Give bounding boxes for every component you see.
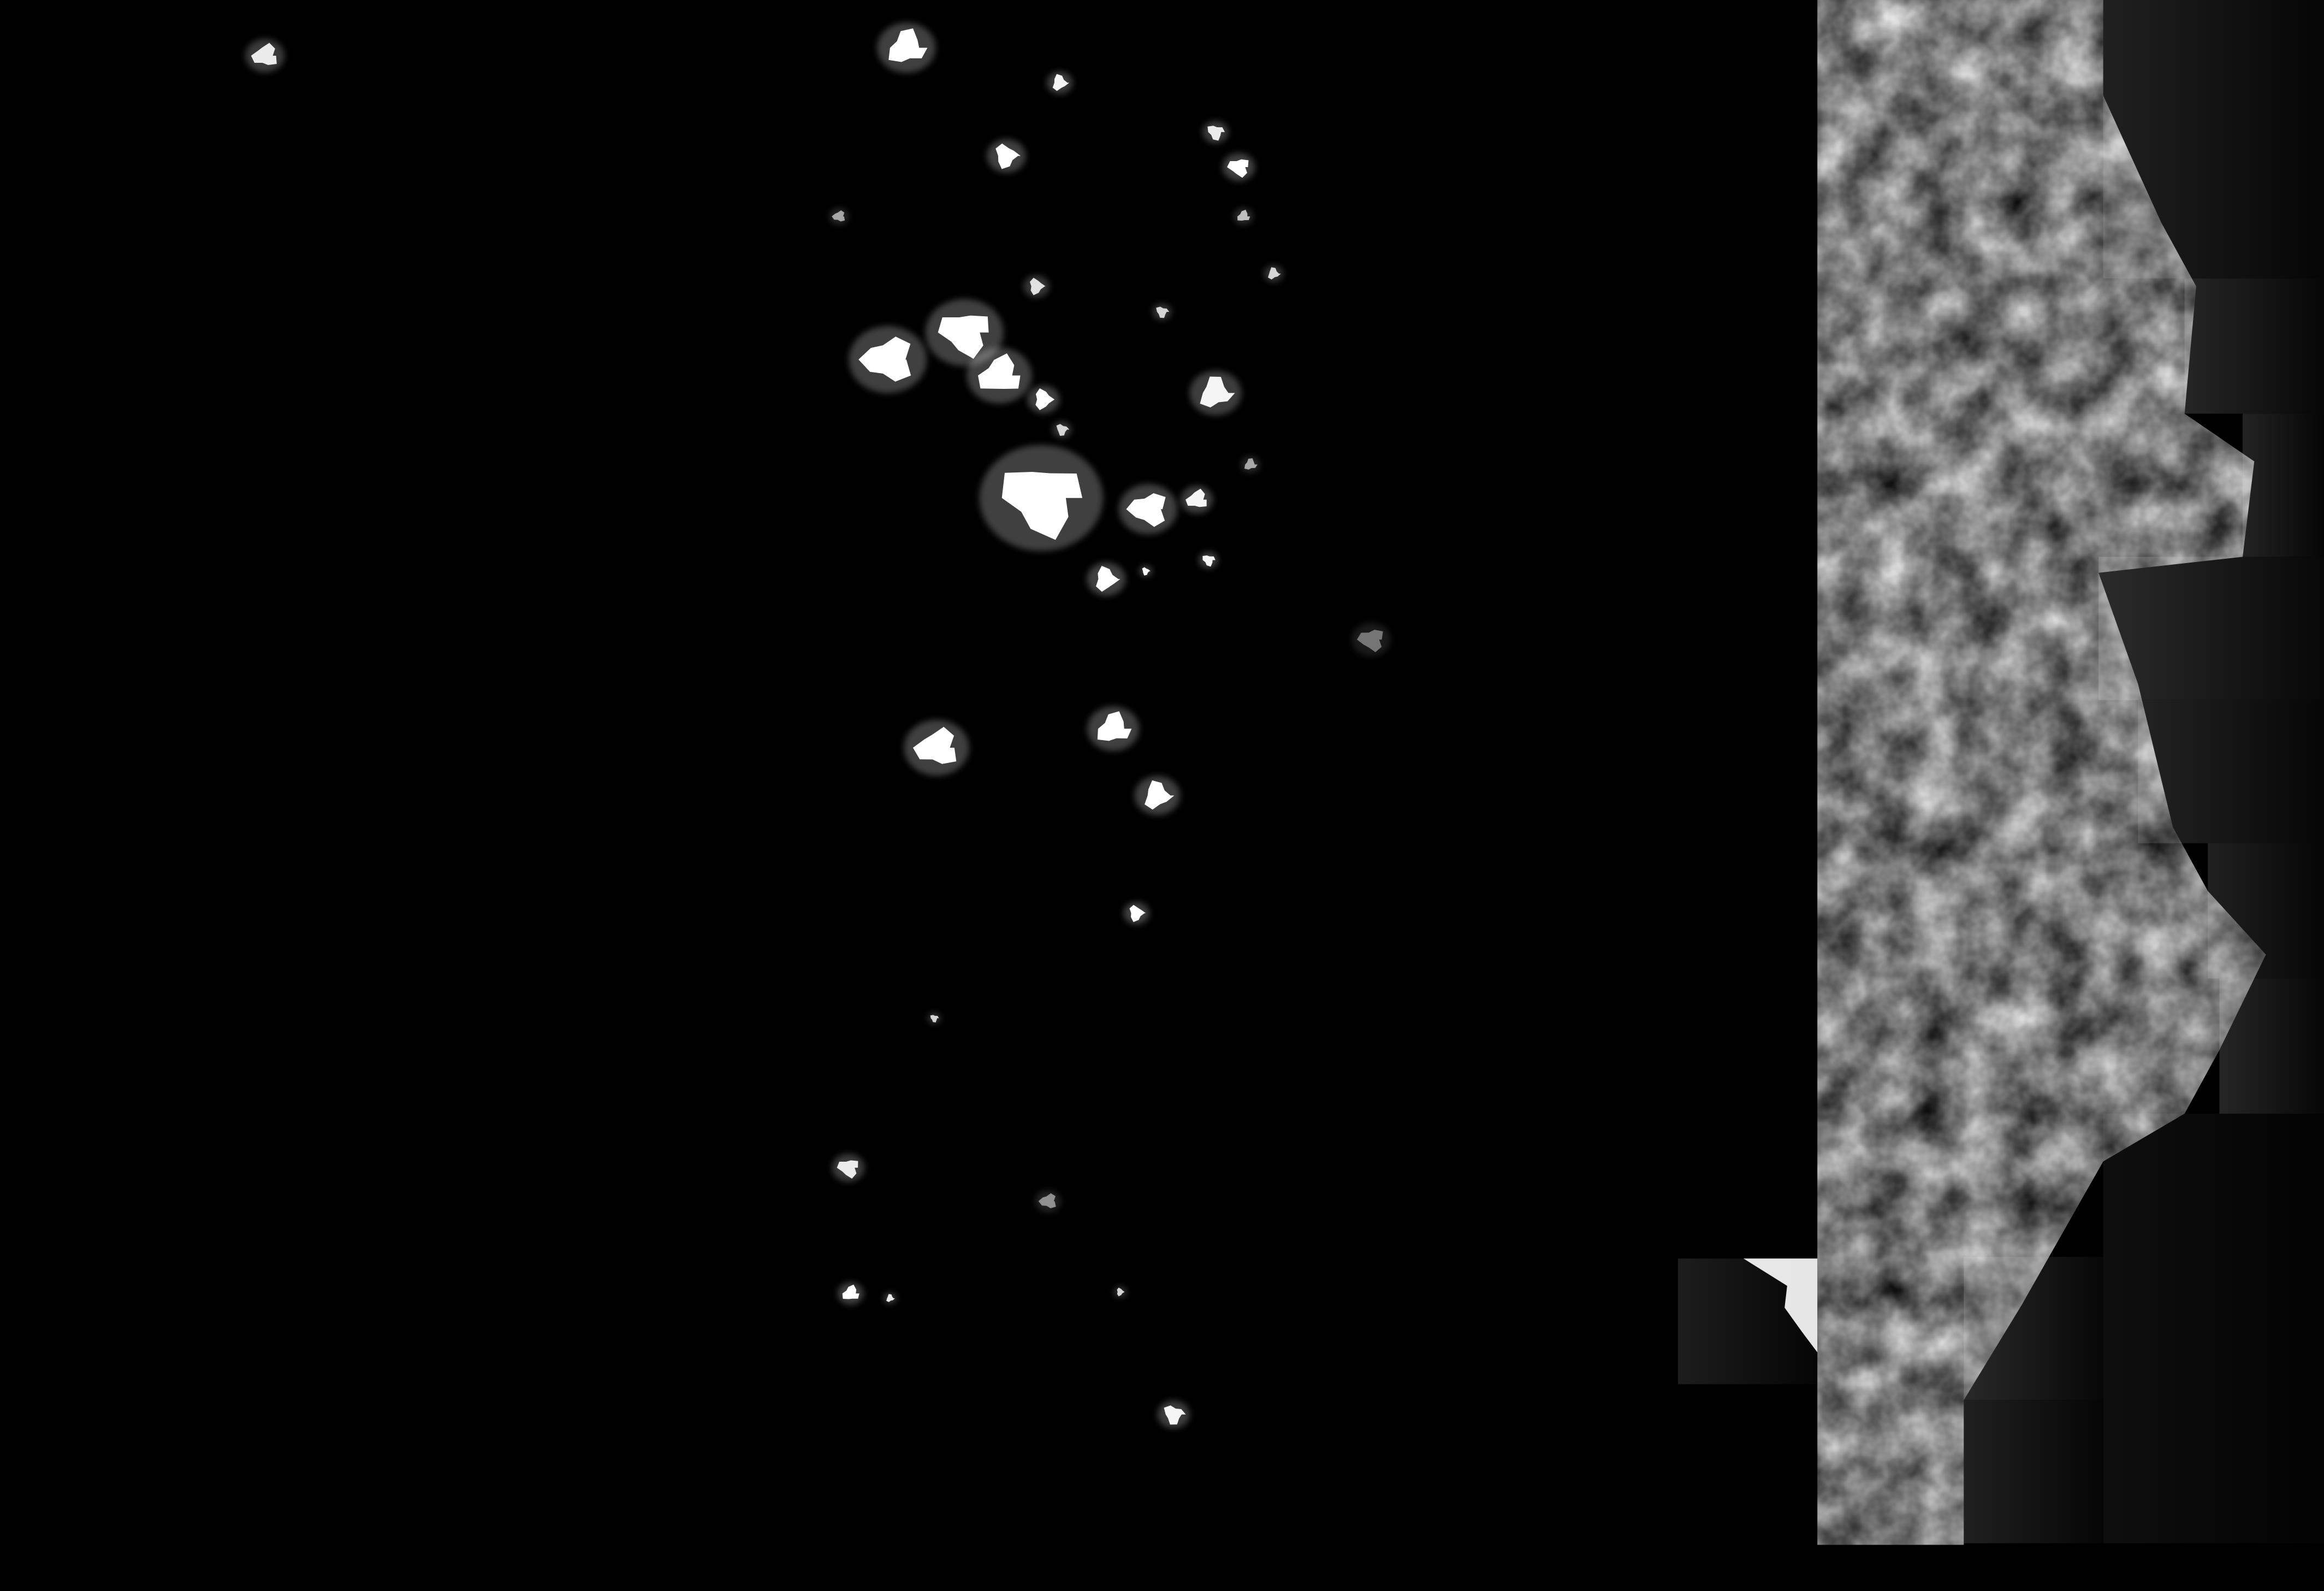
blob [1241, 456, 1260, 473]
blob [1087, 563, 1126, 596]
blob [1047, 72, 1073, 94]
blob [1264, 265, 1283, 282]
mosaic-image [0, 0, 2324, 1591]
blob [245, 39, 284, 72]
blob [1152, 304, 1172, 321]
blob [1223, 153, 1255, 181]
blob [1052, 421, 1072, 438]
blob [928, 1013, 941, 1024]
blob [832, 1154, 865, 1182]
blob [1181, 486, 1213, 513]
blob [967, 347, 1031, 403]
blob [838, 1282, 864, 1305]
blob [884, 1293, 897, 1304]
blob [829, 208, 849, 225]
blob [1351, 623, 1391, 656]
blob [1199, 552, 1218, 569]
blob [1234, 208, 1253, 225]
blob [1123, 902, 1149, 925]
blob [904, 720, 969, 776]
blob [1023, 275, 1050, 298]
blob [979, 445, 1102, 551]
blob [849, 326, 927, 393]
blob [1157, 1400, 1190, 1428]
blob [1113, 1286, 1127, 1297]
blob [1135, 776, 1180, 815]
blob [987, 139, 1026, 173]
blob [1202, 121, 1229, 143]
blob [1027, 386, 1060, 413]
blob [1087, 706, 1139, 751]
blob [1189, 371, 1241, 416]
blob [1119, 484, 1177, 534]
blob [1035, 1190, 1062, 1213]
blob [877, 22, 935, 73]
blob [1139, 566, 1152, 577]
